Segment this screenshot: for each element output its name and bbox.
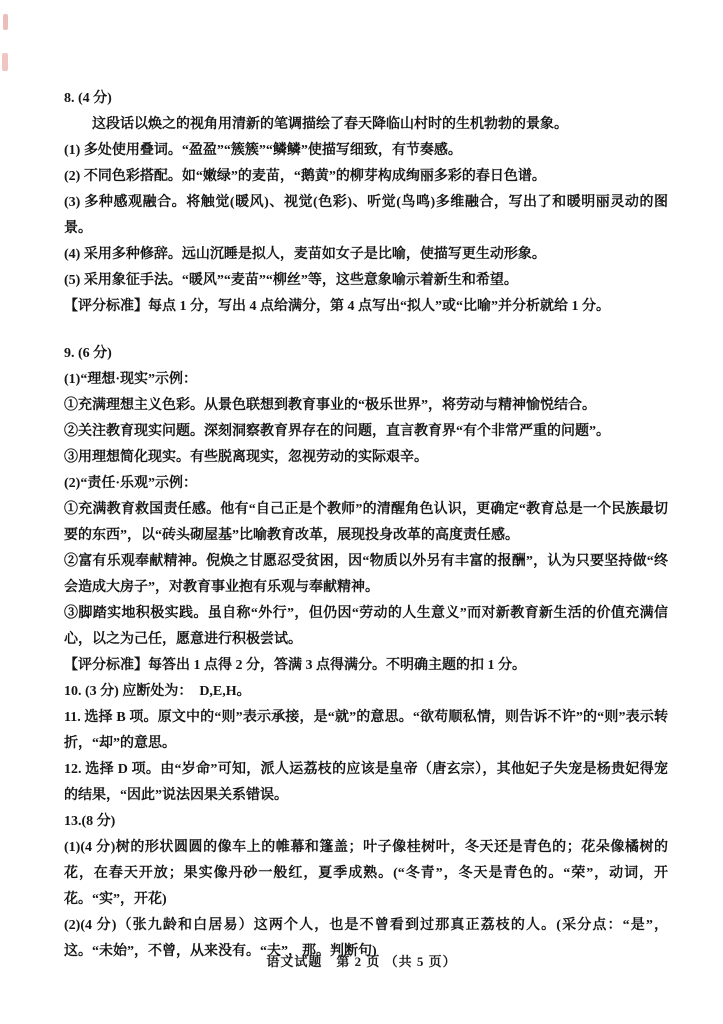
q8-point-4: (4) 采用多种修辞。远山沉睡是拟人，麦苗如女子是比喻，使描写更生动形象。 xyxy=(64,242,668,268)
q11-answer: 11. 选择 B 项。原文中的“则”表示承接，是“就”的意思。“欲苟顺私情，则告… xyxy=(64,705,668,757)
q9-scoring-standard: 【评分标准】每答出 1 点得 2 分，答满 3 点得满分。不明确主题的扣 1 分… xyxy=(64,653,668,679)
q8-point-2: (2) 不同色彩搭配。如“嫩绿”的麦苗，“鹅黄”的柳芽构成绚丽多彩的春日色谱。 xyxy=(64,164,668,190)
q9-part2-label: (2)“责任·乐观”示例： xyxy=(64,471,668,497)
q8-scoring-standard: 【评分标准】每点 1 分，写出 4 点给满分，第 4 点写出“拟人”或“比喻”并… xyxy=(64,294,668,320)
q13-part1-answer: (1)(4 分)树的形状圆圆的像车上的帷幕和篷盖；叶子像桂树叶，冬天还是青色的；… xyxy=(64,835,668,913)
document-page: 8. (4 分) 这段话以焕之的视角用清新的笔调描绘了春天降临山村时的生机勃勃的… xyxy=(0,0,723,1024)
q8-point-1: (1) 多处使用叠词。“盈盈”“簇簇”“鳞鳞”使描写细致，有节奏感。 xyxy=(64,138,668,164)
answer-key-content: 8. (4 分) 这段话以焕之的视角用清新的笔调描绘了春天降临山村时的生机勃勃的… xyxy=(64,86,668,965)
page-footer: 语文试题 第 2 页 （共 5 页） xyxy=(0,951,723,970)
q12-answer: 12. 选择 D 项。由“岁命”可知，派人运荔枝的应该是皇帝（唐玄宗），其他妃子… xyxy=(64,757,668,809)
q9-header: 9. (6 分) xyxy=(64,341,668,367)
q9-part1-point-3: ③用理想简化现实。有些脱离现实，忽视劳动的实际艰辛。 xyxy=(64,445,668,471)
scan-artifact-mark-2 xyxy=(2,53,8,71)
q9-part1-point-2: ②关注教育现实问题。深刻洞察教育界存在的问题，直言教育界“有个非常严重的问题”。 xyxy=(64,419,668,445)
q9-part2-point-1: ①充满教育救国责任感。他有“自己正是个教师”的清醒角色认识，更确定“教育总是一个… xyxy=(64,497,668,549)
scan-artifact-mark-1 xyxy=(3,14,8,30)
q10-answer: 10. (3 分) 应断处为： D,E,H。 xyxy=(64,679,668,705)
q8-header: 8. (4 分) xyxy=(64,86,668,112)
q13-header: 13.(8 分) xyxy=(64,809,668,835)
q8-intro: 这段话以焕之的视角用清新的笔调描绘了春天降临山村时的生机勃勃的景象。 xyxy=(64,112,668,138)
q8-point-3: (3) 多种感观融合。将触觉(暖风)、视觉(色彩)、听觉(鸟鸣)多维融合，写出了… xyxy=(64,190,668,242)
q9-part2-point-2: ②富有乐观奉献精神。倪焕之甘愿忍受贫困，因“物质以外另有丰富的报酬”，认为只要坚… xyxy=(64,549,668,601)
q8-point-5: (5) 采用象征手法。“暖风”“麦苗”“柳丝”等，这些意象喻示着新生和希望。 xyxy=(64,268,668,294)
q9-part2-point-3: ③脚踏实地积极实践。虽自称“外行”，但仍因“劳动的人生意义”而对新教育新生活的价… xyxy=(64,601,668,653)
q9-part1-point-1: ①充满理想主义色彩。从景色联想到教育事业的“极乐世界”，将劳动与精神愉悦结合。 xyxy=(64,393,668,419)
q9-part1-label: (1)“理想·现实”示例： xyxy=(64,367,668,393)
